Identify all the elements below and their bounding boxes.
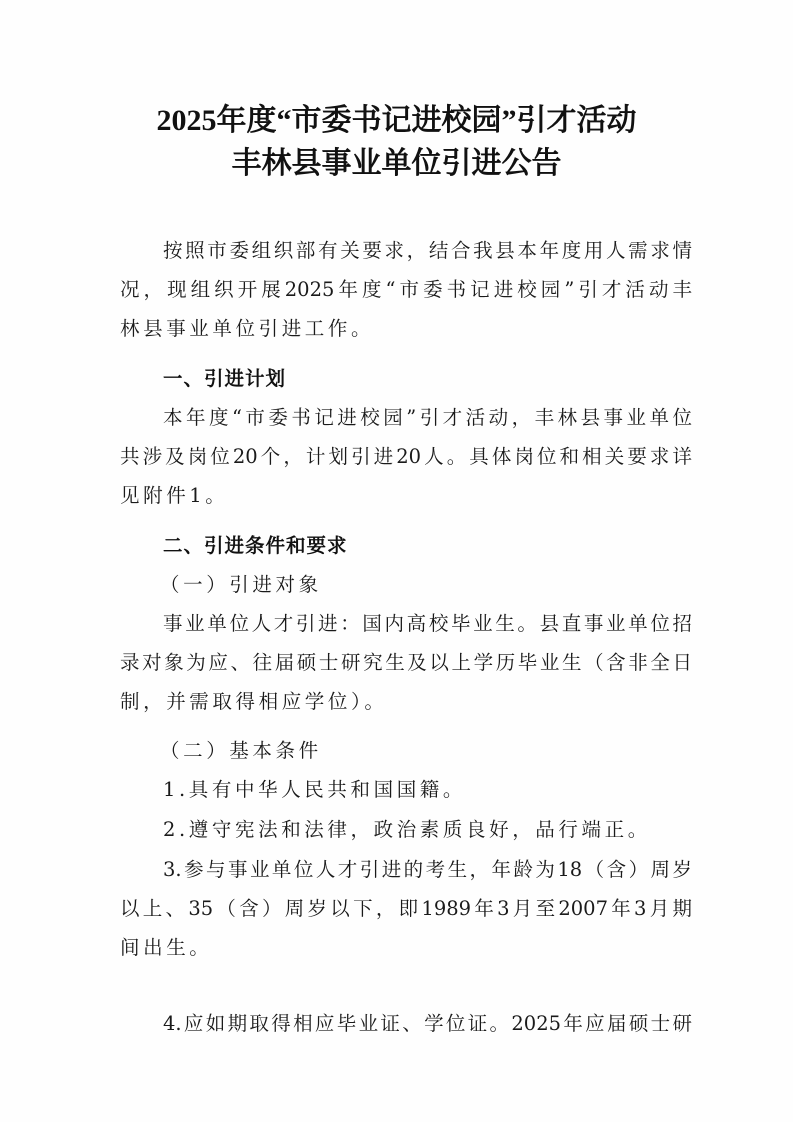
document-page: 2025年度“市委书记进校园”引才活动 丰林县事业单位引进公告 按照市委组织部有… — [0, 0, 793, 1122]
paragraph-line: 录对象为应、往届硕士研究生及以上学历毕业生（含非全日 — [120, 650, 692, 676]
document-title-line-1: 2025年度“市委书记进校园”引才活动 — [0, 103, 793, 139]
paragraph-line: 1.具有中华人民共和国国籍。 — [163, 777, 466, 803]
paragraph-line: 况，现组织开展2025年度“市委书记进校园”引才活动丰 — [120, 277, 692, 303]
paragraph-line: 2.遵守宪法和法律，政治素质良好，品行端正。 — [163, 817, 651, 843]
document-title-line-2: 丰林县事业单位引进公告 — [0, 146, 793, 182]
section-heading-conditions: 二、引进条件和要求 — [163, 533, 348, 559]
paragraph-line: 制，并需取得相应学位）。 — [120, 689, 387, 715]
subsection-heading-basic-conditions: （二）基本条件 — [160, 738, 322, 764]
paragraph-line: 4.应如期取得相应毕业证、学位证。2025年应届硕士研 — [163, 1011, 692, 1037]
paragraph-line: 见附件1。 — [120, 483, 228, 509]
paragraph-line: 按照市委组织部有关要求，结合我县本年度用人需求情 — [163, 238, 692, 264]
paragraph-line: 以上、35（含）周岁以下，即1989年3月至2007年3月期 — [120, 896, 692, 922]
paragraph-line: 间出生。 — [120, 935, 212, 961]
subsection-heading-target: （一）引进对象 — [160, 572, 322, 598]
paragraph-line: 共涉及岗位20个，计划引进20人。具体岗位和相关要求详 — [120, 444, 692, 470]
section-heading-plan: 一、引进计划 — [163, 366, 286, 392]
paragraph-line: 事业单位人才引进：国内高校毕业生。县直事业单位招 — [163, 611, 692, 637]
paragraph-line: 3.参与事业单位人才引进的考生，年龄为18（含）周岁 — [163, 857, 692, 883]
paragraph-line: 本年度“市委书记进校园”引才活动，丰林县事业单位 — [163, 405, 692, 431]
paragraph-line: 林县事业单位引进工作。 — [120, 316, 374, 342]
